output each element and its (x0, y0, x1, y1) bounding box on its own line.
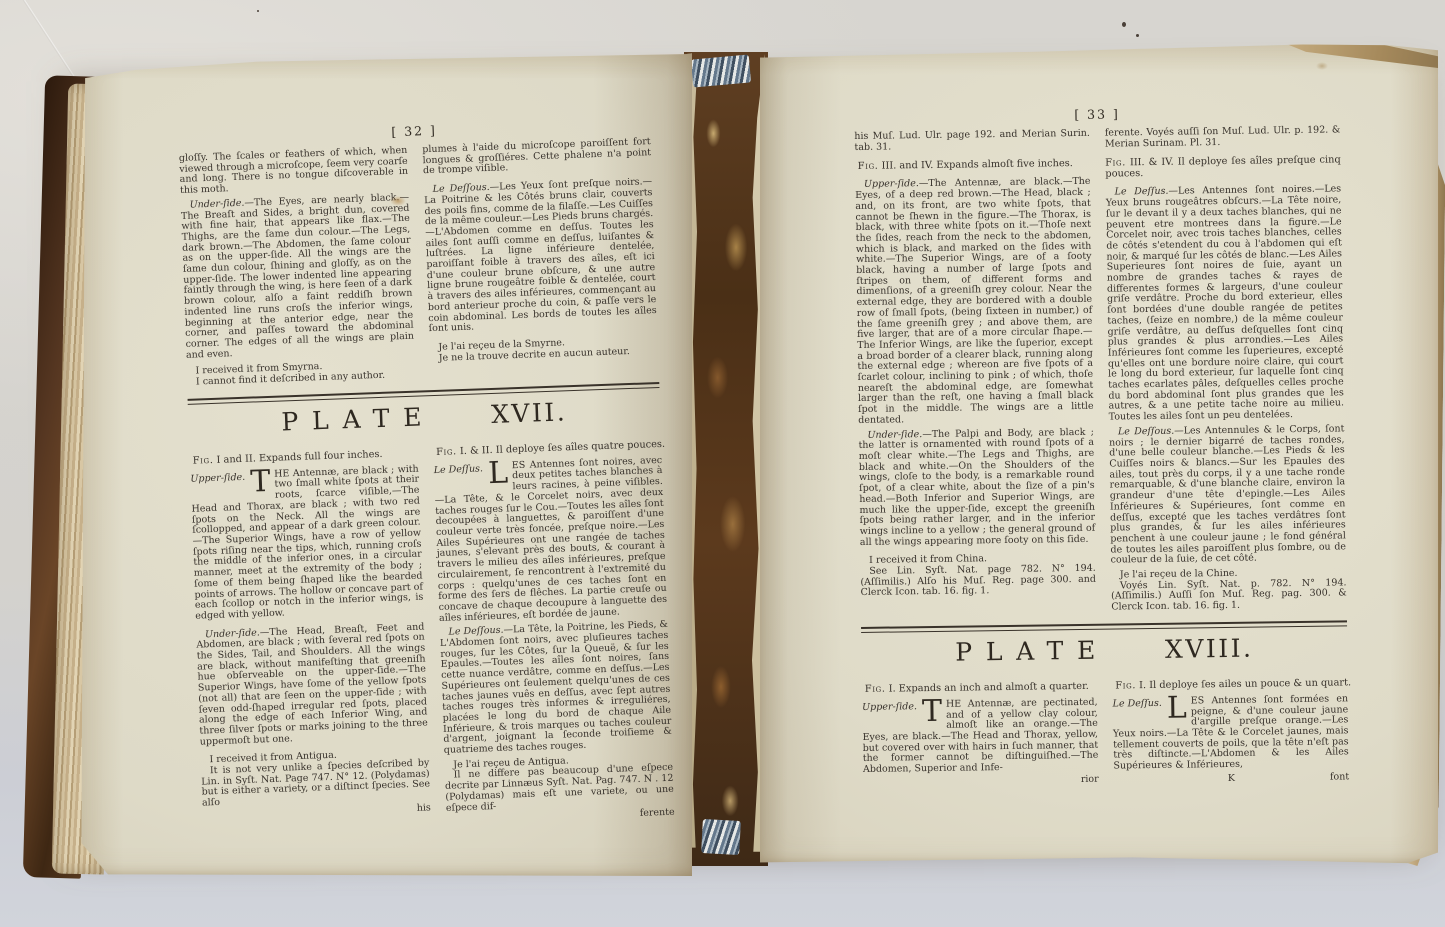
paragraph: See Lin. Syſt. Nat. page 782. N° 194. (A… (860, 564, 1096, 599)
drop-capital: T (922, 701, 942, 723)
side-label: Le Deſſus. (434, 463, 484, 487)
dropcap-paragraph: Le Deſſus.LES Antennes ſont formées en p… (1113, 694, 1349, 772)
dust-speck (257, 10, 259, 12)
paragraph: Under-ſide.—The Eyes, are nearly black.—… (180, 193, 414, 362)
fig-text: I. & II. Il deploye ſes aîles quatre pou… (457, 439, 666, 457)
drop-capital: L (1167, 697, 1187, 719)
plate-numeral: XVIII. (1165, 633, 1254, 663)
paragraph-text: The Eyes, are nearly black.—The Breaſt a… (181, 192, 414, 361)
paragraph-text: The Head, Breaſt, Feet and Abdomen, are … (196, 621, 428, 747)
top-columns: gloſſy. The ſcales or feathers of which,… (179, 137, 659, 388)
figure-caption: Fig. III. & IV. Il deploye ſes aîles pre… (1105, 155, 1341, 180)
paragraph: Le Deſſous.—Les Yeux ſont preſque noirs.… (424, 177, 658, 335)
side-label: Upper-ſide. (862, 701, 917, 724)
figure-caption: Fig. I. Expands an inch and almoſt a qua… (862, 681, 1098, 695)
page-number-33: [ 33 ] (854, 103, 1340, 125)
dropcap-block: Le Deſſus.L (434, 462, 509, 487)
paragraph-text: Les Yeux ſont preſque noirs.—La Poitrine… (424, 176, 657, 334)
side-label: Le Deſſus. (1113, 698, 1163, 721)
fig-label: Fig. (858, 161, 879, 172)
dropcap-paragraph: Le Deſſus.LES Antennes ſont noires, avec… (434, 456, 668, 625)
left-page: [ 32 ] gloſſy. The ſcales or feathers of… (74, 50, 692, 876)
book-spine (684, 52, 768, 866)
drop-capital: L (488, 462, 509, 485)
paragraph: Under-ſide.—The Head, Breaſt, Feet and A… (196, 622, 429, 748)
paragraph: Le Deſſus.—Les Antennes ſont noires.—Les… (1106, 185, 1345, 424)
french-column: plumes à l'aide du microſcope paroiſſent… (422, 137, 659, 380)
paragraph: gloſſy. The ſcales or feathers of which,… (179, 146, 409, 197)
dropcap-block: Upper-ſide.T (862, 701, 942, 724)
fig-text: III. and IV. Expands almoſt five inches. (878, 158, 1073, 172)
right-page: [ 33 ] his Muſ. Lud. Ulr. page 192. and … (760, 42, 1438, 864)
fig-label: Fig. (193, 455, 214, 467)
top-columns: his Muſ. Lud. Ulr. page 192. and Merian … (854, 125, 1347, 616)
signature-line: K font (1114, 771, 1350, 785)
french-column: ferente. Voyés auſſi ſon Muſ. Lud. Ulr. … (1105, 125, 1347, 613)
fig-text: I. Expands an inch and almoſt a quarter. (885, 681, 1088, 695)
dropcap-paragraph: Upper-ſide.THE Antennæ, are black ; with… (190, 464, 424, 622)
figure-caption: Fig. III. and IV. Expands almoſt five in… (855, 158, 1091, 172)
plate-numeral: XVII. (491, 397, 568, 429)
paragraph: his Muſ. Lud. Ulr. page 192. and Merian … (854, 129, 1090, 154)
paragraph-text: Les Antennes ſont noires.—Les Yeux bruns… (1106, 184, 1344, 423)
plate-columns: Fig. I and II. Expands full four inches.… (189, 431, 675, 835)
english-column: gloſſy. The ſcales or feathers of which,… (179, 146, 416, 389)
paragraph: Le Deſſous.—Les Antennules & le Corps, ſ… (1109, 424, 1346, 566)
right-page-text: [ 33 ] his Muſ. Lud. Ulr. page 192. and … (854, 103, 1349, 788)
page-corner-fold (1288, 42, 1438, 68)
fig-text: I and II. Expands full four inches. (213, 449, 383, 466)
french-column: Fig. I. Il deploye ſes ailes un pouce & … (1112, 669, 1349, 785)
side-label: Upper-ſide. (190, 472, 246, 496)
fig-text: I. Il deploye ſes ailes un pouce & un qu… (1136, 677, 1351, 691)
dropcap-block: Le Deſſus.L (1113, 697, 1187, 720)
paragraph: plumes à l'aide du microſcope paroiſſent… (422, 137, 652, 177)
paragraph-text: The Palpi and Body, are black ; the latt… (858, 426, 1095, 547)
paragraph-text: Les Antennules & le Corps, ſont noirs ; … (1109, 423, 1346, 566)
paragraph: Upper-ſide.—The Antennæ, are black.—The … (855, 177, 1094, 426)
paragraph: It is not very unlike a ſpecies deſcribe… (201, 758, 431, 809)
plate-word: PLATE (955, 635, 1109, 666)
plate-columns: Fig. I. Expands an inch and almoſt a qua… (862, 669, 1349, 789)
english-column: his Muſ. Lud. Ulr. page 192. and Merian … (854, 129, 1096, 617)
plate-word: PLATE (281, 402, 436, 436)
paragraph-text: La Tête, la Poitrine, les Pieds, & L'Abd… (440, 619, 672, 756)
french-column: Fig. I. & II. Il deploye ſes aîles quatr… (433, 431, 675, 826)
figure-caption: Fig. I. Il deploye ſes ailes un pouce & … (1112, 677, 1348, 691)
fig-label: Fig. (1115, 680, 1136, 691)
signature-mark: K (1228, 773, 1235, 784)
paragraph: Under-ſide.—The Palpi and Body, are blac… (858, 427, 1095, 548)
drop-capital: T (250, 471, 271, 494)
paragraph: Il ne differe pas beaucoup d'une eſpece … (445, 763, 675, 814)
catchword: rior (863, 773, 1099, 787)
fig-label: Fig. (1105, 158, 1126, 169)
section-rule (861, 620, 1347, 633)
paragraph-text: The Antennæ, are black.—The Eyes, of a d… (855, 176, 1094, 426)
paragraph: Le Deſſous.—La Tête, la Poitrine, les Pi… (439, 620, 672, 757)
headband-top (691, 55, 751, 88)
dust-speck (1122, 22, 1126, 27)
paragraph: Voyés Lin. Syſt. Nat. p. 782. N° 194. (A… (1111, 578, 1347, 613)
fig-text: III. & IV. Il deploye ſes aîles preſque … (1105, 155, 1340, 180)
fig-label: Fig. (865, 683, 886, 694)
english-column: Fig. I. Expands an inch and almoſt a qua… (862, 673, 1099, 789)
dropcap-paragraph: Upper-ſide.THE Antennæ, are pectinated, … (862, 698, 1098, 776)
dropcap-block: Upper-ſide.T (190, 471, 271, 496)
plate-heading-xviii: PLATE XVIII. (861, 632, 1347, 668)
paragraph: ferente. Voyés auſſi ſon Muſ. Lud. Ulr. … (1105, 125, 1341, 150)
foxing-stain (1316, 62, 1328, 70)
foxing-stain (390, 196, 406, 206)
catchword: font (1330, 771, 1349, 782)
dust-speck (1136, 34, 1139, 37)
headband-bottom (701, 819, 741, 855)
english-column: Fig. I and II. Expands full four inches.… (189, 439, 431, 834)
photo-of-open-antique-book: { "colors": { "backdrop": "#d6d4cf", "ba… (0, 0, 1445, 927)
fig-label: Fig. (436, 446, 457, 458)
left-page-text: [ 32 ] gloſſy. The ſcales or feathers of… (178, 115, 675, 835)
